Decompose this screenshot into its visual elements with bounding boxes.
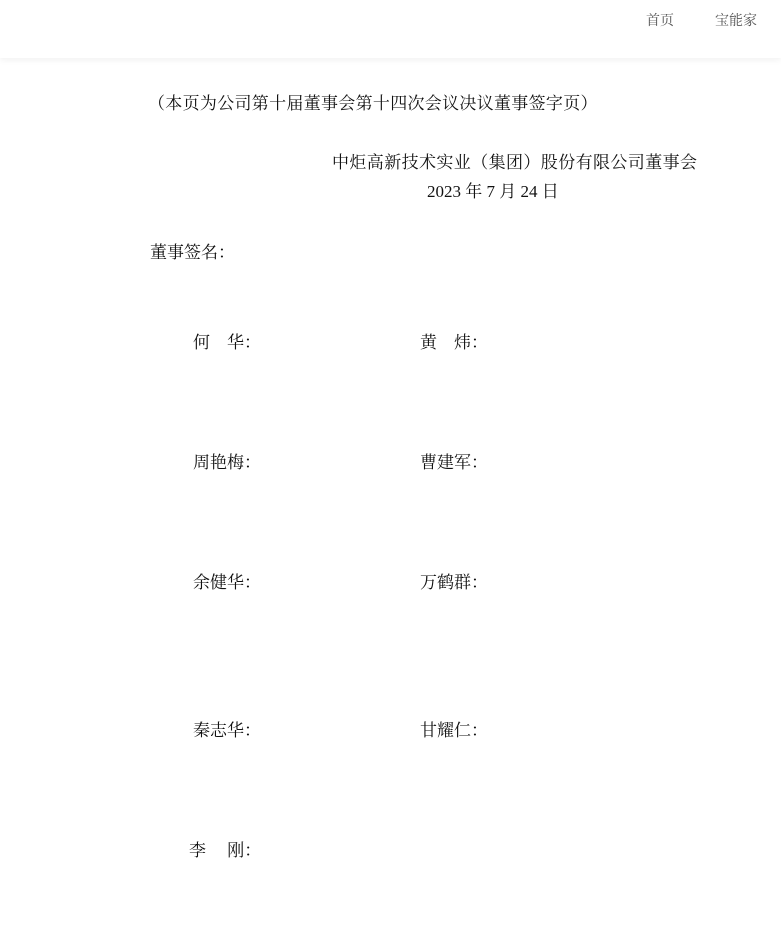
director-signature-label: 余健华： — [193, 568, 261, 593]
director-signature-label: 曹建军： — [420, 448, 488, 473]
top-nav-bar: 首页 宝能家 — [0, 0, 781, 58]
director-signature-label: 秦志华： — [193, 716, 261, 741]
document-date: 2023 年 7 月 24 日 — [427, 177, 559, 202]
company-name: 中炬高新技术实业（集团）股份有限公司董事会 — [332, 148, 697, 173]
director-signature-label: 李 刚： — [189, 836, 261, 861]
signature-heading: 董事签名： — [150, 238, 235, 263]
page-note: （本页为公司第十届董事会第十四次会议决议董事签字页） — [148, 89, 598, 114]
director-signature-label: 周艳梅： — [193, 448, 261, 473]
nav-link-home[interactable]: 首页 — [646, 10, 674, 30]
director-signature-label: 万鹤群： — [420, 568, 488, 593]
document-page: （本页为公司第十届董事会第十四次会议决议董事签字页） 中炬高新技术实业（集团）股… — [0, 58, 781, 931]
director-signature-label: 甘耀仁： — [420, 716, 488, 741]
director-signature-label: 黄 炜： — [420, 328, 488, 353]
director-signature-label: 何 华： — [193, 328, 261, 353]
nav-link-brand[interactable]: 宝能家 — [715, 10, 757, 30]
